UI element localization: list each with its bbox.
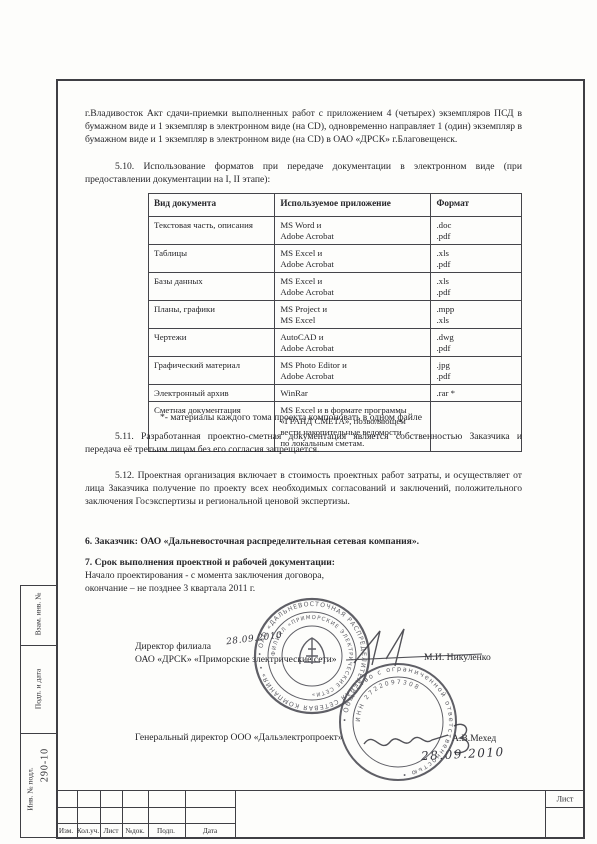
- table-row: Текстовая часть, описания MS Word и Adob…: [149, 216, 521, 244]
- table-header-format: Формат: [431, 194, 521, 216]
- cell-line: MS Excel и: [280, 276, 425, 287]
- cell-line: MS Excel: [280, 315, 425, 326]
- titleblock-label-list: Лист: [103, 827, 118, 835]
- cell-line: .xls: [436, 248, 516, 259]
- director-title-line1: Директор филиала: [135, 640, 211, 653]
- titleblock-line: [100, 791, 101, 839]
- table-header-app: Используемое приложение: [275, 194, 431, 216]
- cell-line: .pdf: [436, 371, 516, 382]
- cell-line: .pdf: [436, 343, 516, 354]
- cell-line: MS Word и: [280, 220, 425, 231]
- titleblock-label-ndok: №док.: [125, 827, 144, 835]
- cell-doc: Текстовая часть, описания: [149, 217, 275, 244]
- cell-doc: Электронный архив: [149, 385, 275, 401]
- table-row: Планы, графики MS Project и MS Excel .mp…: [149, 300, 521, 328]
- scanned-document-page: г.Владивосток Акт сдачи-приемки выполнен…: [0, 0, 597, 844]
- title-block: Изм. Кол.уч. Лист №док. Подп. Дата Лист: [56, 790, 585, 838]
- cell-doc: Графический материал: [149, 357, 275, 384]
- cell-doc: Чертежи: [149, 329, 275, 356]
- titleblock-line: [122, 791, 123, 839]
- cell-app: AutoCAD и Adobe Acrobat: [275, 329, 431, 356]
- titleblock-line: [545, 807, 585, 808]
- cell-line: .dwg: [436, 332, 516, 343]
- cell-line: Adobe Acrobat: [280, 259, 425, 270]
- cell-line: .pdf: [436, 259, 516, 270]
- sidebar-label-podp-data: Подп. и дата: [34, 669, 43, 710]
- titleblock-line: [56, 823, 235, 824]
- cell-line: Adobe Acrobat: [280, 371, 425, 382]
- table-row: Чертежи AutoCAD и Adobe Acrobat .dwg .pd…: [149, 328, 521, 356]
- side-column-divider: [21, 733, 57, 734]
- table-footnote: *- материалы каждого тома проекта компон…: [160, 411, 540, 424]
- sidebar-label-inv-podl: Инв. № подл.: [26, 767, 35, 810]
- table-row: Базы данных MS Excel и Adobe Acrobat .xl…: [149, 272, 521, 300]
- item-7-title: 7. Срок выполнения проектной и рабочей д…: [85, 556, 522, 569]
- table-row: Таблицы MS Excel и Adobe Acrobat .xls .p…: [149, 244, 521, 272]
- cell-line: .pdf: [436, 287, 516, 298]
- cell-line: MS Excel и: [280, 248, 425, 259]
- cell-app: MS Excel и Adobe Acrobat: [275, 273, 431, 300]
- cell-doc: Базы данных: [149, 273, 275, 300]
- titleblock-label-data: Дата: [203, 827, 217, 835]
- cell-format: .jpg .pdf: [431, 357, 521, 384]
- cell-format: .xls .pdf: [431, 273, 521, 300]
- general-director-signature: [358, 718, 478, 760]
- paragraph-5-11: 5.11. Разработанная проектно-сметная док…: [85, 430, 522, 456]
- titleblock-label-koluch: Кол.уч.: [77, 827, 99, 835]
- cell-line: Adobe Acrobat: [280, 231, 425, 242]
- item-7-line1: Начало проектирования - с момента заключ…: [85, 569, 522, 582]
- cell-line: MS Project и: [280, 304, 425, 315]
- cell-format: .doc .pdf: [431, 217, 521, 244]
- cell-line: .rar *: [436, 388, 516, 399]
- titleblock-line: [56, 807, 235, 808]
- cell-doc: Таблицы: [149, 245, 275, 272]
- paragraph-5-10: 5.10. Использование форматов при передач…: [85, 160, 522, 186]
- cell-app: MS Project и MS Excel: [275, 301, 431, 328]
- cell-format: .rar *: [431, 385, 521, 401]
- titleblock-line: [148, 791, 149, 839]
- cell-line: .doc: [436, 220, 516, 231]
- table-row: Графический материал MS Photo Editor и A…: [149, 356, 521, 384]
- titleblock-line: [185, 791, 186, 839]
- side-column-divider: [21, 645, 57, 646]
- table-header-doc: Вид документа: [149, 194, 275, 216]
- titleblock-line: [545, 791, 546, 839]
- inventory-number: 290-10: [40, 748, 51, 782]
- titleblock-label-podp: Подп.: [157, 827, 175, 835]
- cell-line: Adobe Acrobat: [280, 343, 425, 354]
- cell-line: Adobe Acrobat: [280, 287, 425, 298]
- cell-line: .jpg: [436, 360, 516, 371]
- table-header-row: Вид документа Используемое приложение Фо…: [149, 194, 521, 216]
- cell-line: .xls: [436, 315, 516, 326]
- seal1-emblem: [300, 638, 325, 664]
- cell-line: WinRar: [280, 388, 425, 399]
- cell-app: WinRar: [275, 385, 431, 401]
- sidebar-label-vzam-inv: Взам. инв. №: [34, 593, 43, 636]
- titleblock-label-izm: Изм.: [59, 827, 73, 835]
- cell-format: .xls .pdf: [431, 245, 521, 272]
- cell-doc: Планы, графики: [149, 301, 275, 328]
- cell-line: .pdf: [436, 231, 516, 242]
- sheet-label: Лист: [557, 795, 574, 804]
- cell-line: AutoCAD и: [280, 332, 425, 343]
- cell-format: .dwg .pdf: [431, 329, 521, 356]
- paragraph-continuation: г.Владивосток Акт сдачи-приемки выполнен…: [85, 107, 522, 147]
- cell-app: MS Photo Editor и Adobe Acrobat: [275, 357, 431, 384]
- paragraph-5-12: 5.12. Проектная организация включает в с…: [85, 469, 522, 509]
- table-row: Электронный архив WinRar .rar *: [149, 384, 521, 401]
- cell-format: .mpp .xls: [431, 301, 521, 328]
- cell-app: MS Word и Adobe Acrobat: [275, 217, 431, 244]
- titleblock-line: [235, 791, 236, 839]
- general-director-title: Генеральный директор ООО «Дальэлектропро…: [135, 731, 343, 744]
- cell-line: .mpp: [436, 304, 516, 315]
- cell-app: MS Excel и Adobe Acrobat: [275, 245, 431, 272]
- item-6-customer: 6. Заказчик: ОАО «Дальневосточная распре…: [85, 535, 522, 548]
- cell-line: MS Photo Editor и: [280, 360, 425, 371]
- cell-line: .xls: [436, 276, 516, 287]
